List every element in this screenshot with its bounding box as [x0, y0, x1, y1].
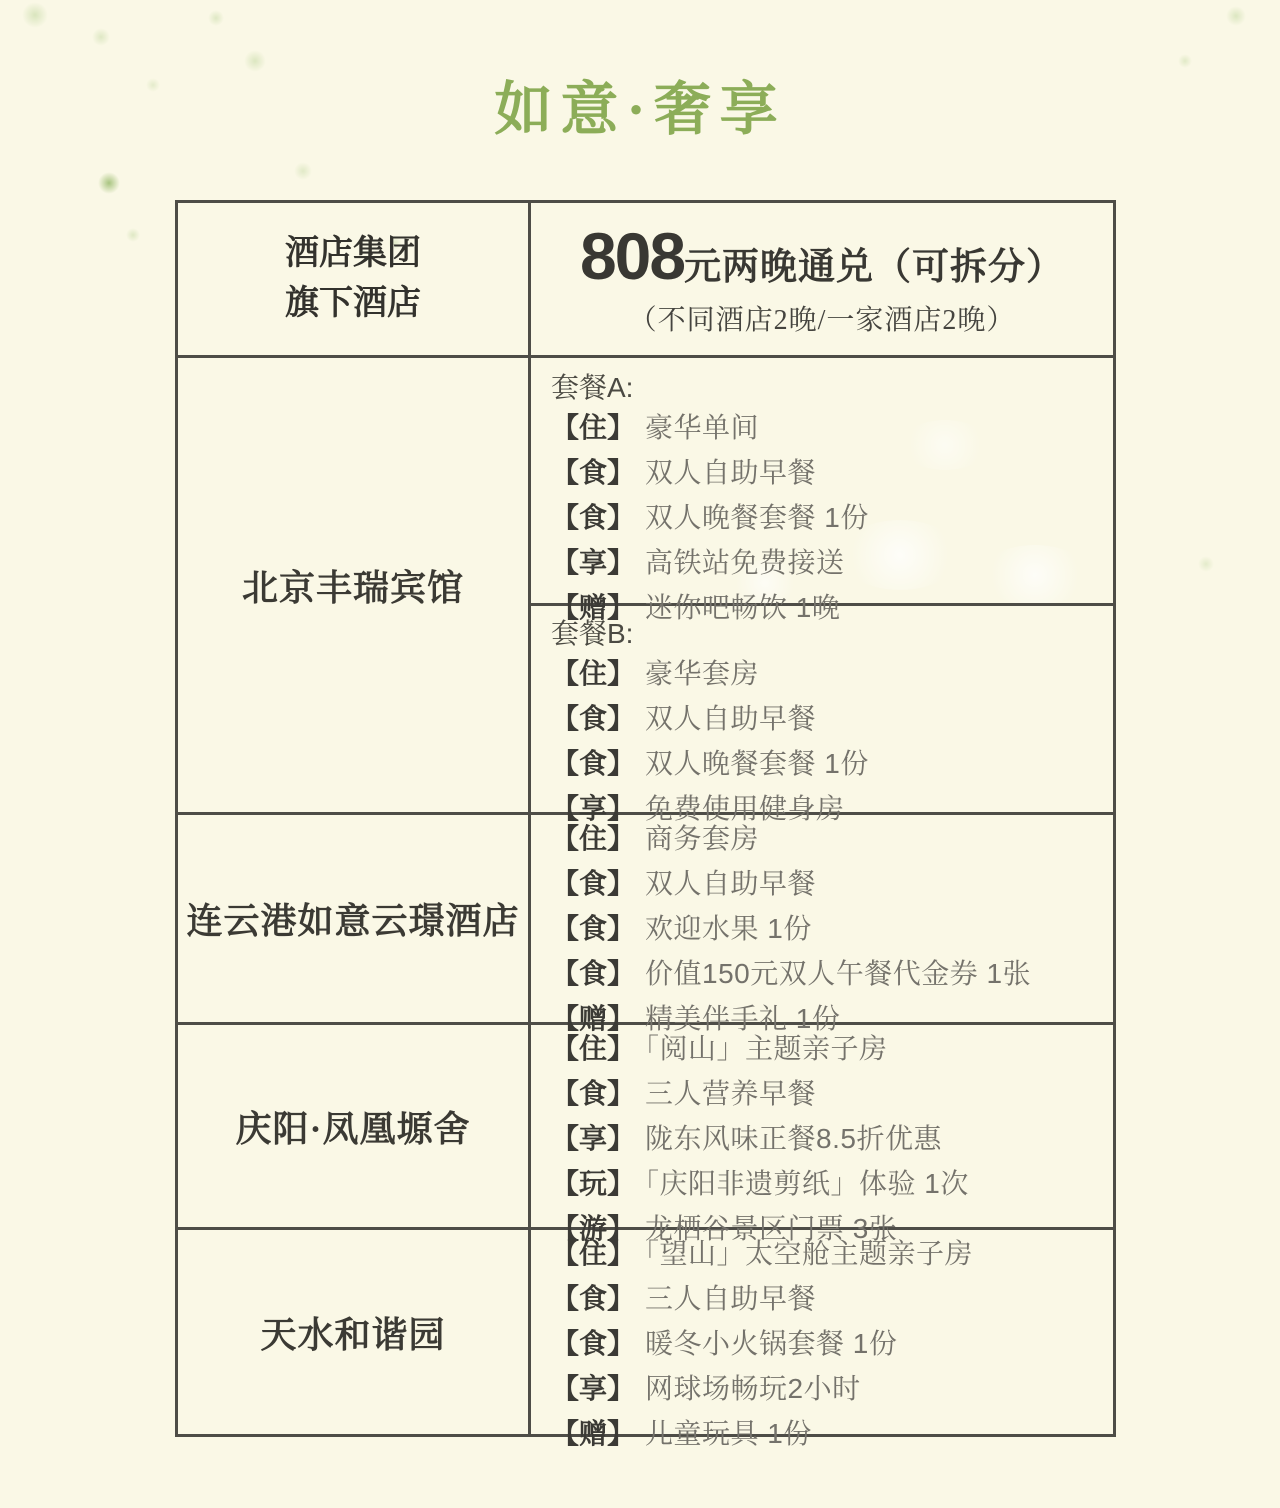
package-item: 【食】双人自助早餐 — [551, 453, 1103, 498]
package-item: 【食】三人营养早餐 — [551, 1074, 1103, 1119]
package-item: 【玩】「庆阳非遗剪纸」体验 1次 — [551, 1164, 1103, 1209]
item-text: 高铁站免费接送 — [645, 547, 845, 578]
package-item: 【食】双人自助早餐 — [551, 699, 1103, 744]
item-tag: 【食】 — [551, 457, 635, 488]
item-tag: 【住】 — [551, 658, 635, 689]
package-item: 【食】暖冬小火锅套餐 1份 — [551, 1324, 1103, 1369]
package-item: 【食】双人晚餐套餐 1份 — [551, 498, 1103, 543]
package-cell: 【住】「阅山」主题亲子房 【食】三人营养早餐 【享】陇东风味正餐8.5折优惠 【… — [531, 1025, 1113, 1227]
item-text: 「庆阳非遗剪纸」体验 1次 — [645, 1168, 969, 1199]
item-text: 三人营养早餐 — [645, 1078, 816, 1109]
package-item: 【食】欢迎水果 1份 — [551, 909, 1103, 954]
item-text: 暖冬小火锅套餐 1份 — [645, 1328, 897, 1359]
package-cell: 【住】「望山」太空舱主题亲子房 【食】三人自助早餐 【食】暖冬小火锅套餐 1份 … — [531, 1230, 1113, 1434]
hotel-name: 庆阳·凤凰塬舍 — [229, 1101, 476, 1152]
table-row: 连云港如意云璟酒店 【住】商务套房 【食】双人自助早餐 【食】欢迎水果 1份 【… — [178, 812, 1113, 1022]
package-item: 【享】陇东风味正餐8.5折优惠 — [551, 1119, 1103, 1164]
item-tag: 【住】 — [551, 1033, 635, 1064]
item-text: 价值150元双人午餐代金券 1张 — [645, 958, 1031, 989]
hotel-group-label: 酒店集团 旗下酒店 — [285, 229, 421, 329]
hotel-name: 连云港如意云璟酒店 — [180, 893, 525, 944]
package-block: 【住】商务套房 【食】双人自助早餐 【食】欢迎水果 1份 【食】价值150元双人… — [531, 815, 1113, 1022]
package-item: 【享】高铁站免费接送 — [551, 543, 1103, 588]
item-text: 商务套房 — [645, 823, 759, 854]
price-header-cell: 808 元两晚通兑（可拆分） （不同酒店2晚/一家酒店2晚） — [531, 203, 1113, 355]
item-text: 「望山」太空舱主题亲子房 — [645, 1238, 973, 1269]
item-tag: 【享】 — [551, 547, 635, 578]
package-block: 【住】「望山」太空舱主题亲子房 【食】三人自助早餐 【食】暖冬小火锅套餐 1份 … — [531, 1230, 1113, 1434]
item-tag: 【食】 — [551, 913, 635, 944]
price-headline: 808 元两晚通兑（可拆分） — [580, 223, 1064, 290]
table-header-row: 酒店集团 旗下酒店 808 元两晚通兑（可拆分） （不同酒店2晚/一家酒店2晚） — [178, 203, 1113, 355]
package-item: 【住】商务套房 — [551, 819, 1103, 864]
item-tag: 【食】 — [551, 502, 635, 533]
item-text: 双人晚餐套餐 1份 — [645, 502, 869, 533]
table-row: 天水和谐园 【住】「望山」太空舱主题亲子房 【食】三人自助早餐 【食】暖冬小火锅… — [178, 1227, 1113, 1434]
hotel-group-label-line2: 旗下酒店 — [285, 279, 421, 329]
item-tag: 【食】 — [551, 958, 635, 989]
item-tag: 【食】 — [551, 748, 635, 779]
item-tag: 【食】 — [551, 868, 635, 899]
package-table: 酒店集团 旗下酒店 808 元两晚通兑（可拆分） （不同酒店2晚/一家酒店2晚）… — [175, 200, 1116, 1437]
package-block: 套餐A: 【住】豪华单间 【食】双人自助早餐 【食】双人晚餐套餐 1份 【享】高… — [531, 358, 1113, 603]
item-text: 双人自助早餐 — [645, 703, 816, 734]
hotel-name-cell: 连云港如意云璟酒店 — [178, 815, 531, 1022]
hotel-group-label-line1: 酒店集团 — [285, 229, 421, 279]
item-text: 「阅山」主题亲子房 — [645, 1033, 888, 1064]
hotel-name: 天水和谐园 — [254, 1307, 451, 1358]
package-item: 【住】「望山」太空舱主题亲子房 — [551, 1234, 1103, 1279]
package-item: 【食】双人晚餐套餐 1份 — [551, 744, 1103, 789]
package-item: 【住】豪华单间 — [551, 408, 1103, 453]
item-text: 双人自助早餐 — [645, 868, 816, 899]
item-tag: 【玩】 — [551, 1168, 635, 1199]
package-block: 套餐B: 【住】豪华套房 【食】双人自助早餐 【食】双人晚餐套餐 1份 【享】免… — [531, 603, 1113, 812]
hotel-name-cell: 北京丰瑞宾馆 — [178, 358, 531, 812]
table-row: 北京丰瑞宾馆 套餐A: 【住】豪华单间 【食】双人自助早餐 【食】双人晚餐套餐 … — [178, 355, 1113, 812]
item-text: 双人自助早餐 — [645, 457, 816, 488]
item-text: 网球场畅玩2小时 — [645, 1373, 861, 1404]
package-cell: 【住】商务套房 【食】双人自助早餐 【食】欢迎水果 1份 【食】价值150元双人… — [531, 815, 1113, 1022]
item-text: 双人晚餐套餐 1份 — [645, 748, 869, 779]
hotel-name-cell: 庆阳·凤凰塬舍 — [178, 1025, 531, 1227]
item-text: 豪华套房 — [645, 658, 759, 689]
item-tag: 【住】 — [551, 412, 635, 443]
package-item: 【食】双人自助早餐 — [551, 864, 1103, 909]
item-tag: 【住】 — [551, 823, 635, 854]
price-note: （不同酒店2晚/一家酒店2晚） — [629, 298, 1016, 338]
item-text: 儿童玩具 1份 — [645, 1418, 812, 1449]
package-cell: 套餐A: 【住】豪华单间 【食】双人自助早餐 【食】双人晚餐套餐 1份 【享】高… — [531, 358, 1113, 812]
package-item: 【住】「阅山」主题亲子房 — [551, 1029, 1103, 1074]
package-item: 【食】价值150元双人午餐代金券 1张 — [551, 954, 1103, 999]
item-tag: 【食】 — [551, 1283, 635, 1314]
package-item: 【住】豪华套房 — [551, 654, 1103, 699]
package-item: 【享】网球场畅玩2小时 — [551, 1369, 1103, 1414]
item-text: 陇东风味正餐8.5折优惠 — [645, 1123, 942, 1154]
item-tag: 【食】 — [551, 1078, 635, 1109]
table-row: 庆阳·凤凰塬舍 【住】「阅山」主题亲子房 【食】三人营养早餐 【享】陇东风味正餐… — [178, 1022, 1113, 1227]
package-title: 套餐A: — [551, 368, 1103, 408]
price-text: 元两晚通兑（可拆分） — [684, 236, 1064, 290]
item-text: 迷你吧畅饮 1晚 — [645, 592, 840, 623]
item-tag: 【食】 — [551, 703, 635, 734]
hotel-name-cell: 天水和谐园 — [178, 1230, 531, 1434]
package-block: 【住】「阅山」主题亲子房 【食】三人营养早餐 【享】陇东风味正餐8.5折优惠 【… — [531, 1025, 1113, 1227]
item-tag: 【食】 — [551, 1328, 635, 1359]
item-text: 三人自助早餐 — [645, 1283, 816, 1314]
package-item: 【赠】儿童玩具 1份 — [551, 1414, 1103, 1459]
price-number: 808 — [580, 223, 684, 289]
item-tag: 【享】 — [551, 1373, 635, 1404]
item-tag: 【赠】 — [551, 1418, 635, 1449]
item-tag: 【住】 — [551, 1238, 635, 1269]
item-text: 欢迎水果 1份 — [645, 913, 812, 944]
hotel-group-header-cell: 酒店集团 旗下酒店 — [178, 203, 531, 355]
package-item: 【食】三人自助早餐 — [551, 1279, 1103, 1324]
item-tag: 【享】 — [551, 1123, 635, 1154]
page-title: 如意·奢享 — [0, 62, 1280, 146]
hotel-name: 北京丰瑞宾馆 — [236, 560, 470, 611]
item-text: 豪华单间 — [645, 412, 759, 443]
